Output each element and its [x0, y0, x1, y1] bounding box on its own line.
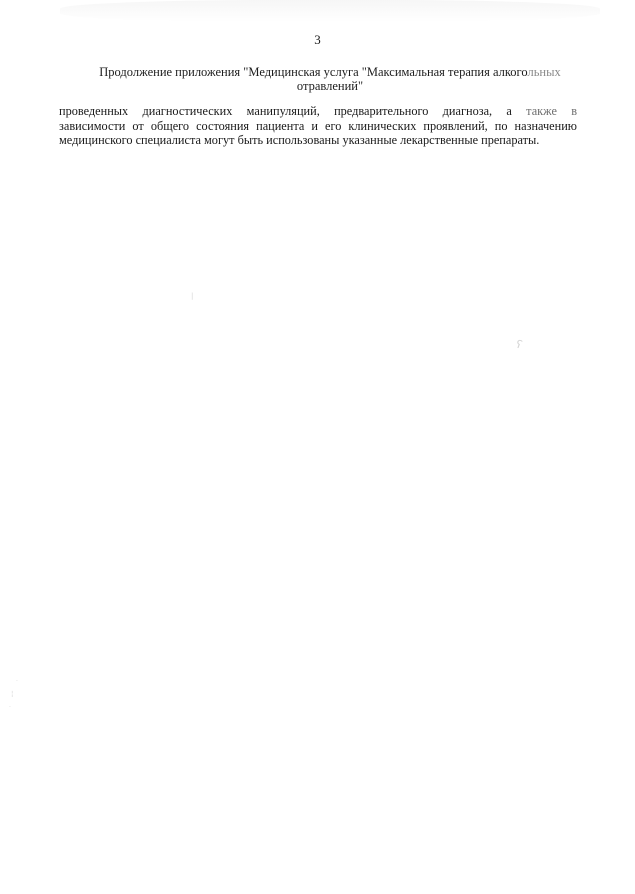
scan-speck: | — [191, 292, 193, 300]
body-line-2: зависимости от общего состояния пациента… — [59, 119, 577, 134]
heading-line-1-faded-text: льных — [527, 65, 560, 79]
scan-speck: ʕ — [514, 337, 524, 351]
scan-artifact — [60, 0, 600, 22]
document-page: 3 Продолжение приложения "Медицинская ус… — [0, 0, 635, 894]
body-line-1-faded-text: также в — [512, 104, 577, 118]
body-line-1-text: проведенных диагностических манипуляций,… — [59, 104, 512, 118]
scan-speck: ¦ — [11, 690, 13, 698]
scan-speck: · — [16, 678, 18, 685]
heading-line-1: Продолжение приложения "Медицинская услу… — [99, 65, 560, 79]
body-line-1: проведенных диагностических манипуляций,… — [59, 104, 577, 119]
body-paragraph: проведенных диагностических манипуляций,… — [59, 104, 577, 148]
appendix-heading: Продолжение приложения "Медицинская услу… — [60, 65, 600, 93]
heading-line-1-text: Продолжение приложения "Медицинская услу… — [99, 65, 527, 79]
body-line-3: медицинского специалиста могут быть испо… — [59, 133, 577, 148]
heading-line-2: отравлений" — [297, 79, 363, 93]
scan-speck: · — [9, 704, 11, 711]
page-number: 3 — [0, 32, 635, 48]
